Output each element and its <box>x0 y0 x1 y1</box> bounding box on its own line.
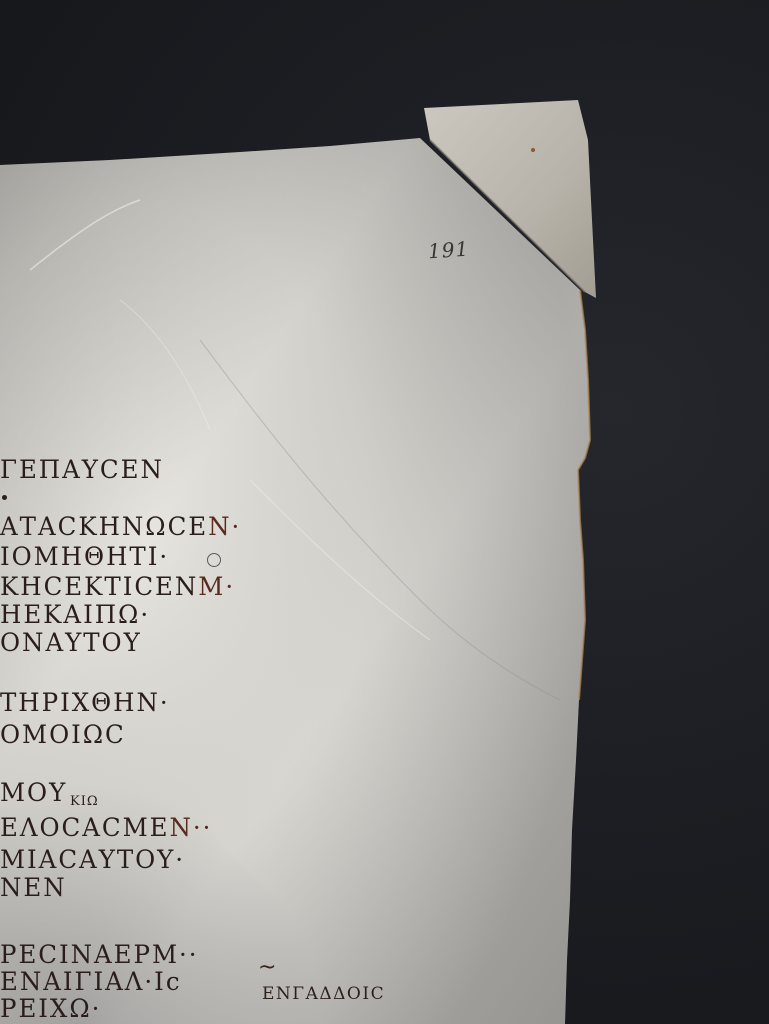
text-line: ΜΟΥ <box>0 778 67 807</box>
text-line: ΑΤΑCΚΗΝΩCΕΝ· <box>0 512 241 541</box>
text-line: ΕΛΟCΑCΜΕΝ·· <box>0 813 212 842</box>
marginal-note: ΕΝΓΑΔΔΟΙC <box>262 984 385 1004</box>
punctuation-dot <box>2 495 7 500</box>
superscript-note: ΚΙΩ <box>70 794 99 809</box>
text-line: ΤΗΡΙΧΘΗΝ· <box>0 688 170 717</box>
text-line: ΕΝΑΙΓΙΑΛ·Ιc <box>0 967 182 996</box>
text-line: ΝΕΝ <box>0 873 67 902</box>
text-line: ΜΙΑCΑΥΤΟΥ· <box>0 845 185 874</box>
text-line: ΚΗCΕΚΤΙCΕΝΜ· <box>0 572 235 601</box>
text-line: ΙΟΜΗΘΗΤΙ· <box>0 542 169 571</box>
faint-ring-mark <box>207 553 221 567</box>
text-line: ΓΕΠΑΥCΕΝ <box>0 455 164 484</box>
text-line: ΡΕCΙΝΑΕΡΜ·· <box>0 940 199 969</box>
abbreviation-tilde-mark: ~ <box>258 955 276 980</box>
text-line: ΡΕΙΧΩ· <box>0 994 101 1023</box>
manuscript-text-column: ΓΕΠΑΥCΕΝ ΑΤΑCΚΗΝΩCΕΝ· ΙΟΜΗΘΗΤΙ· ΚΗCΕΚΤΙC… <box>0 0 600 1024</box>
text-line: ΗΕΚΑΙΠΩ· <box>0 600 150 629</box>
text-line: ΟΜΟΙΩC <box>0 720 126 749</box>
text-line: ΟΝΑΥΤΟΥ <box>0 628 142 657</box>
